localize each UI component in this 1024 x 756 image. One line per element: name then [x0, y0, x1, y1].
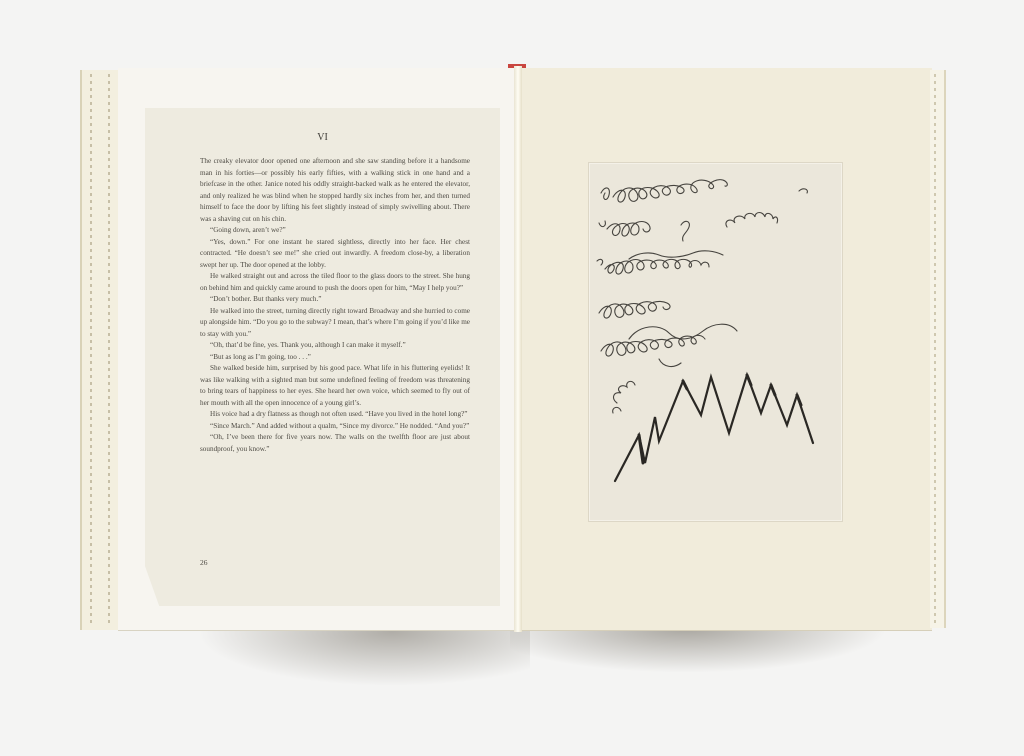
paragraph: “Since March.” And added without a qualm…: [200, 421, 470, 433]
chapter-heading: VI: [145, 132, 500, 143]
paragraph: “Don’t bother. But thanks very much.”: [200, 294, 470, 306]
paragraph: “But as long as I’m going, too . . .”: [200, 352, 470, 364]
book-gutter: [514, 66, 522, 632]
paragraph: He walked straight out and across the ti…: [200, 271, 470, 294]
paragraph: His voice had a dry flatness as though n…: [200, 409, 470, 421]
right-page-edges: [930, 70, 946, 628]
etching-plate: [588, 162, 843, 522]
paragraph: “Oh, that’d be fine, yes. Thank you, alt…: [200, 340, 470, 352]
open-book: VI The creaky elevator door opened one a…: [0, 0, 1024, 756]
paragraph: “Going down, aren’t we?”: [200, 225, 470, 237]
paragraph: “Oh, I’ve been there for five years now.…: [200, 432, 470, 455]
paragraph: He walked into the street, turning direc…: [200, 306, 470, 341]
paragraph: The creaky elevator door opened one afte…: [200, 156, 470, 225]
page-number: 26: [200, 558, 208, 567]
ink-drawing-icon: [589, 163, 842, 521]
paragraph: She walked beside him, surprised by his …: [200, 363, 470, 409]
paragraph: “Yes, down.” For one instant he stared s…: [200, 237, 470, 272]
body-text: The creaky elevator door opened one afte…: [200, 156, 470, 455]
left-page-edges: [80, 70, 120, 630]
